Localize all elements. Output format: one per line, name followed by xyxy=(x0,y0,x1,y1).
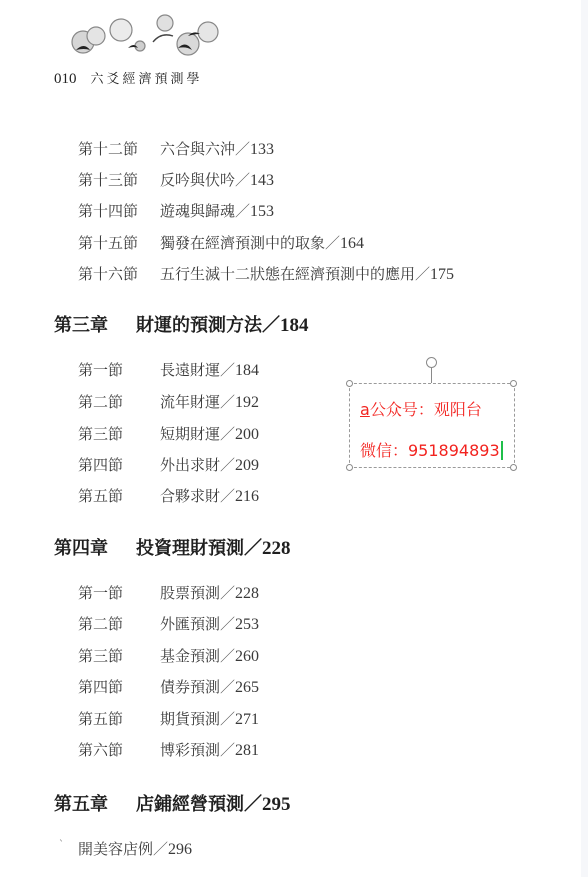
section-title: 反吟與伏吟 xyxy=(160,169,235,190)
textbox-line-1[interactable]: a公众号：观阳台 xyxy=(360,397,482,420)
section-number: 第三節 xyxy=(78,423,160,444)
section-title: 長遠財運 xyxy=(160,359,220,380)
chapter-number: 第三章 xyxy=(54,311,136,337)
chapter-title: 店鋪經營預測 xyxy=(136,790,244,816)
section-number: 第十五節 xyxy=(78,232,160,253)
section-number: 第一節 xyxy=(78,359,160,380)
page-ref: 184 xyxy=(235,362,259,380)
section-title: 短期財運 xyxy=(160,423,220,444)
section-number: 第十二節 xyxy=(78,138,160,159)
section-number: 第三節 xyxy=(78,645,160,666)
chapter-heading[interactable]: 第三章 財運的預測方法／184 xyxy=(54,311,309,337)
chapter-heading[interactable]: 第四章 投資理財預測／228 xyxy=(54,534,291,560)
page-number: 010 xyxy=(54,71,77,88)
page-ref: 200 xyxy=(235,426,259,444)
section-title: 博彩預測 xyxy=(160,739,220,760)
textbox-prefix: a xyxy=(360,400,370,419)
toc-entry[interactable]: 第二節 外匯預測／253 xyxy=(78,613,259,634)
section-title: 基金預測 xyxy=(160,645,220,666)
page-ref: 281 xyxy=(235,742,259,760)
section-title: 五行生滅十二狀態在經濟預測中的應用 xyxy=(160,263,415,284)
section-title: 六合與六沖 xyxy=(160,138,235,159)
page-ref: 209 xyxy=(235,457,259,475)
section-number: 第十六節 xyxy=(78,263,160,284)
toc-entry[interactable]: 第五節 合夥求財／216 xyxy=(78,485,259,506)
toc-entry[interactable]: 第一節 股票預測／228 xyxy=(78,582,259,603)
text-caret xyxy=(501,441,503,460)
page-ref: 265 xyxy=(235,679,259,697)
toc-entry[interactable]: 第六節 博彩預測／281 xyxy=(78,739,259,760)
page-ref: 184 xyxy=(280,315,309,337)
page-ref: 175 xyxy=(430,266,454,284)
page-ref: 164 xyxy=(340,235,364,253)
toc-entry[interactable]: 第十六節 五行生滅十二狀態在經濟預測中的應用／175 xyxy=(78,263,454,284)
toc-entry[interactable]: 開美容店例／296 xyxy=(78,838,192,859)
section-number: 第十四節 xyxy=(78,200,160,221)
section-number: 第六節 xyxy=(78,739,160,760)
section-number: 第十三節 xyxy=(78,169,160,190)
section-title: 債券預測 xyxy=(160,676,220,697)
page-ref: 143 xyxy=(250,172,274,190)
section-title: 合夥求財 xyxy=(160,485,220,506)
page-ref: 153 xyxy=(250,203,274,221)
toc-entry[interactable]: 第十五節 獨發在經濟預測中的取象／164 xyxy=(78,232,364,253)
section-title: 股票預測 xyxy=(160,582,220,603)
section-title: 獨發在經濟預測中的取象 xyxy=(160,232,325,253)
page-ref: 295 xyxy=(262,794,291,816)
toc-entry[interactable]: 第五節 期貨預測／271 xyxy=(78,708,259,729)
resize-handle-bottom-right[interactable] xyxy=(510,464,517,471)
page-edge-strip xyxy=(581,0,588,877)
section-number: 第一節 xyxy=(78,582,160,603)
section-title: 流年財運 xyxy=(160,391,220,412)
book-title: 六爻經濟預測學 xyxy=(91,68,203,87)
section-number: 第五節 xyxy=(78,708,160,729)
page-ref: 192 xyxy=(235,394,259,412)
toc-entry[interactable]: 第三節 基金預測／260 xyxy=(78,645,259,666)
page-ref: 216 xyxy=(235,488,259,506)
running-header: 010 六爻經濟預測學 xyxy=(54,68,203,88)
section-title: 遊魂與歸魂 xyxy=(160,200,235,221)
section-title: 開美容店例 xyxy=(78,838,153,859)
textbox-line-2[interactable]: 微信：951894893 xyxy=(360,438,503,461)
toc-entry[interactable]: 第四節 外出求財／209 xyxy=(78,454,259,475)
page-ref: 228 xyxy=(235,585,259,603)
toc-entry[interactable]: 第十四節 遊魂與歸魂／153 xyxy=(78,200,274,221)
chapter-number: 第五章 xyxy=(54,790,136,816)
toc-entry[interactable]: 第十三節 反吟與伏吟／143 xyxy=(78,169,274,190)
section-title: 期貨預測 xyxy=(160,708,220,729)
page-ref: 228 xyxy=(262,538,291,560)
textbox-text-2: 微信：951894893 xyxy=(360,441,500,460)
section-number: 第五節 xyxy=(78,485,160,506)
toc-entry[interactable]: 第十二節 六合與六沖／133 xyxy=(78,138,274,159)
resize-handle-top-right[interactable] xyxy=(510,380,517,387)
section-title: 外匯預測 xyxy=(160,613,220,634)
page-ref: 133 xyxy=(250,141,274,159)
rotate-handle[interactable] xyxy=(426,357,437,368)
section-number: 第二節 xyxy=(78,391,160,412)
bullet-mark: ` xyxy=(59,840,64,851)
section-number: 第四節 xyxy=(78,676,160,697)
page-ref: 260 xyxy=(235,648,259,666)
toc-entry[interactable]: 第三節 短期財運／200 xyxy=(78,423,259,444)
chapter-number: 第四章 xyxy=(54,534,136,560)
textbox-text-1: 公众号：观阳台 xyxy=(370,400,482,419)
section-number: 第二節 xyxy=(78,613,160,634)
cloud-ornament-icon xyxy=(58,10,228,60)
toc-entry[interactable]: 第二節 流年財運／192 xyxy=(78,391,259,412)
page-ref: 296 xyxy=(168,841,192,859)
resize-handle-top-left[interactable] xyxy=(346,380,353,387)
chapter-title: 投資理財預測 xyxy=(136,534,244,560)
section-number: 第四節 xyxy=(78,454,160,475)
toc-entry[interactable]: 第四節 債券預測／265 xyxy=(78,676,259,697)
rotate-handle-stem xyxy=(431,368,432,383)
section-title: 外出求財 xyxy=(160,454,220,475)
chapter-heading[interactable]: 第五章 店鋪經營預測／295 xyxy=(54,790,291,816)
toc-entry[interactable]: 第一節 長遠財運／184 xyxy=(78,359,259,380)
page-ref: 253 xyxy=(235,616,259,634)
page-ref: 271 xyxy=(235,711,259,729)
chapter-title: 財運的預測方法 xyxy=(136,311,262,337)
resize-handle-bottom-left[interactable] xyxy=(346,464,353,471)
